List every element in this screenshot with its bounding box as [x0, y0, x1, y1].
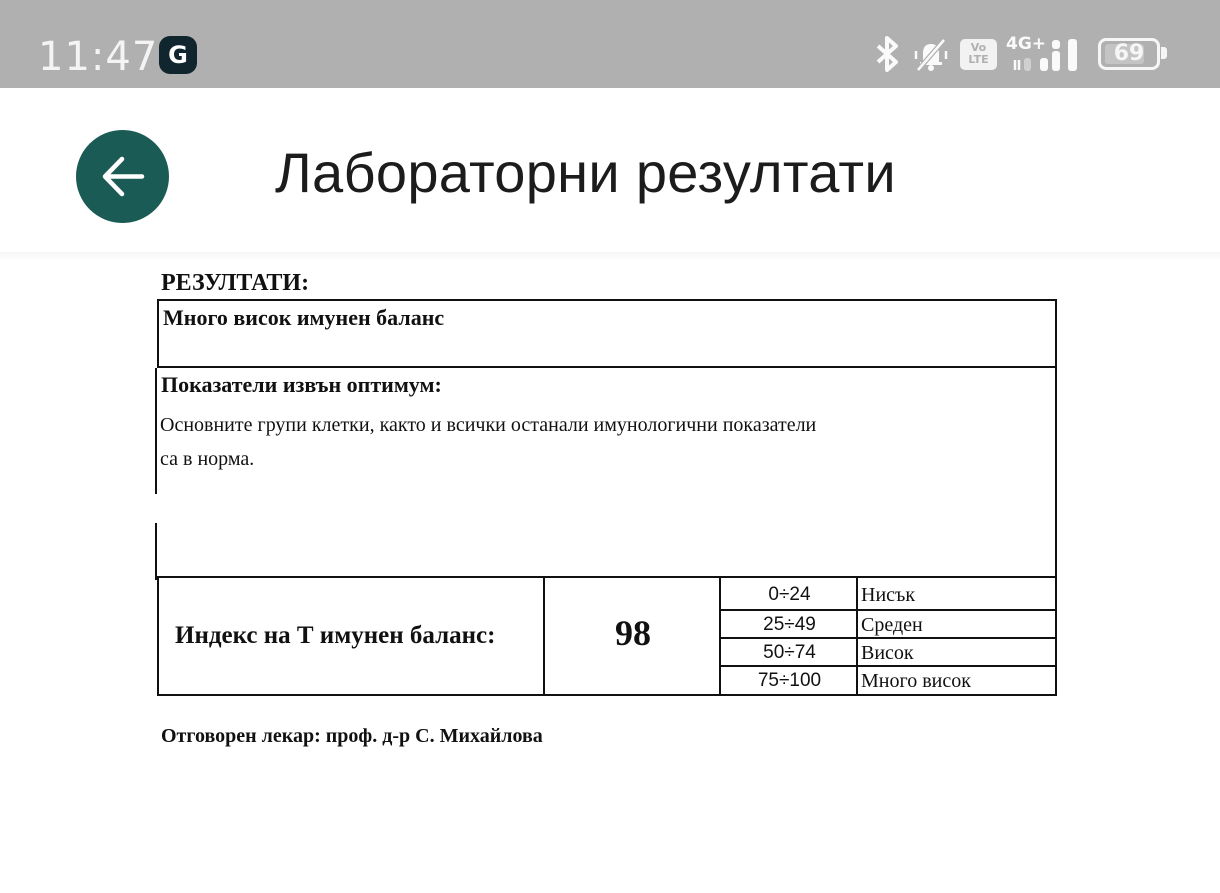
arrow-left-icon	[100, 154, 145, 199]
status-bar: 11:47 G Vo LTE 4G+ 69	[0, 0, 1220, 88]
bluetooth-icon	[875, 36, 901, 80]
cell-border	[155, 368, 157, 494]
bell-off-icon	[913, 37, 949, 73]
signal-icon	[1012, 38, 1084, 72]
page-title: Лабораторни резултати	[275, 140, 896, 205]
battery-tip	[1161, 47, 1167, 59]
responsible-doctor: Отговорен лекар: проф. д-р С. Михайлова	[161, 725, 543, 748]
outside-optimum-heading: Показатели извън оптимум:	[161, 372, 442, 398]
conclusion-text: Много висок имунен баланс	[163, 305, 444, 331]
outside-optimum-cell: Показатели извън оптимум: Основните груп…	[157, 366, 1057, 578]
range-row: 0÷24 Нисък	[721, 578, 1057, 609]
index-row: Индекс на Т имунен баланс: 98 0÷24 Нисък…	[157, 576, 1057, 696]
cell-border	[155, 523, 157, 580]
results-heading: РЕЗУЛТАТИ:	[161, 270, 309, 297]
conclusion-cell: Много висок имунен баланс	[157, 299, 1057, 368]
volte-icon: Vo LTE	[960, 39, 997, 70]
index-label: Индекс на Т имунен баланс:	[175, 622, 495, 650]
index-value: 98	[545, 612, 721, 654]
header-divider	[0, 252, 1220, 262]
range-row: 50÷74 Висок	[721, 637, 1057, 667]
google-notification-icon: G	[159, 36, 197, 74]
battery-icon: 69	[1098, 38, 1160, 70]
status-time: 11:47	[38, 34, 158, 80]
outside-optimum-text: Основните групи клетки, както и всички о…	[160, 408, 816, 476]
back-button[interactable]	[76, 130, 169, 223]
range-row: 75÷100 Много висок	[721, 665, 1057, 696]
range-row: 25÷49 Среден	[721, 609, 1057, 639]
